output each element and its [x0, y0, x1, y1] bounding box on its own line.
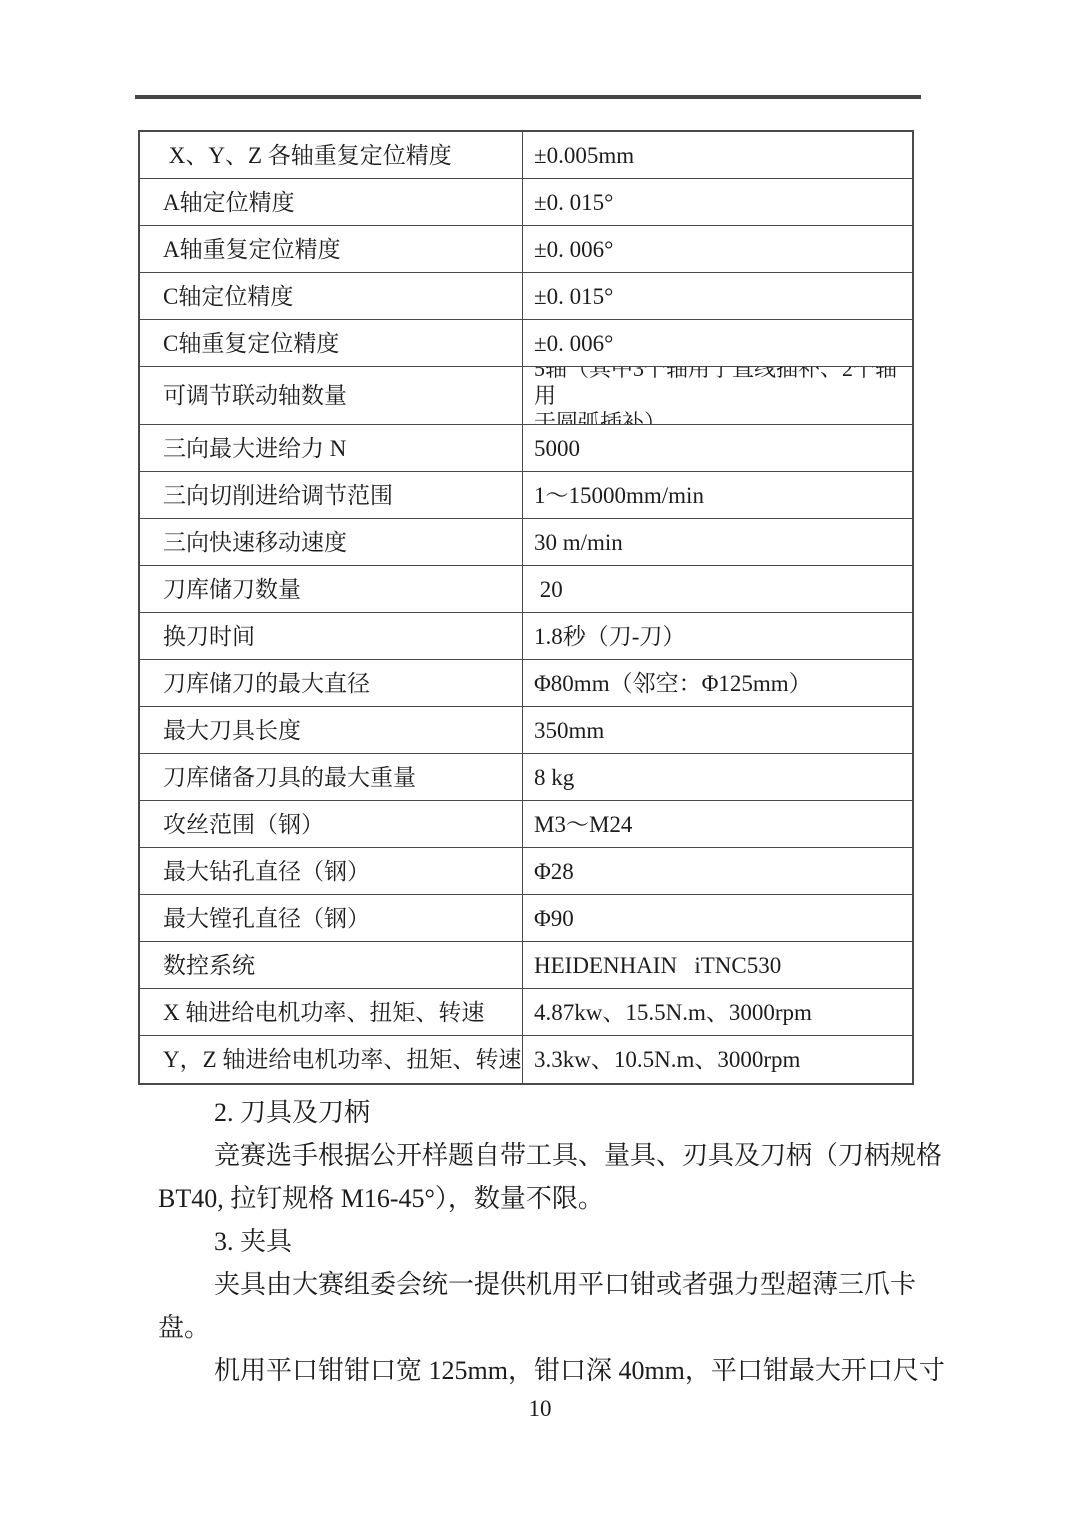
spec-value: 4.87kw、15.5N.m、3000rpm — [523, 989, 912, 1035]
spec-name: 三向快速移动速度 — [140, 519, 523, 565]
table-row: X 轴进给电机功率、扭矩、转速4.87kw、15.5N.m、3000rpm — [140, 989, 912, 1036]
spec-value: 30 m/min — [523, 519, 912, 565]
spec-name: 可调节联动轴数量 — [140, 367, 523, 424]
page-number: 10 — [0, 1396, 1080, 1422]
spec-value: 5000 — [523, 425, 912, 471]
spec-name: C轴定位精度 — [140, 273, 523, 319]
spec-value: ±0. 015° — [523, 179, 912, 225]
spec-value: HEIDENHAIN iTNC530 — [523, 942, 912, 988]
body-line: 盘。 — [158, 1306, 934, 1349]
spec-name: X 轴进给电机功率、扭矩、转速 — [140, 989, 523, 1035]
body-line: 竞赛选手根据公开样题自带工具、量具、刃具及刀柄（刀柄规格 — [158, 1134, 934, 1177]
spec-value: ±0. 015° — [523, 273, 912, 319]
spec-name: 攻丝范围（钢） — [140, 801, 523, 847]
table-row: 三向最大进给力 N5000 — [140, 425, 912, 472]
table-row: 最大刀具长度350mm — [140, 707, 912, 754]
spec-value: ±0.005mm — [523, 132, 912, 178]
spec-value: M3～M24 — [523, 801, 912, 847]
spec-name: Y，Z 轴进给电机功率、扭矩、转速 — [140, 1036, 523, 1083]
body-line: BT40, 拉钉规格 M16-45°），数量不限。 — [158, 1177, 934, 1220]
table-row: A轴定位精度±0. 015° — [140, 179, 912, 226]
spec-value: Φ28 — [523, 848, 912, 894]
table-row: C轴定位精度±0. 015° — [140, 273, 912, 320]
table-row: 刀库储刀的最大直径Φ80mm（邻空：Φ125mm） — [140, 660, 912, 707]
table-row: 最大镗孔直径（钢）Φ90 — [140, 895, 912, 942]
document-page: X、Y、Z 各轴重复定位精度±0.005mmA轴定位精度±0. 015°A轴重复… — [0, 0, 1080, 1526]
spec-name: 最大镗孔直径（钢） — [140, 895, 523, 941]
spec-name: 三向最大进给力 N — [140, 425, 523, 471]
table-row: 三向切削进给调节范围1～15000mm/min — [140, 472, 912, 519]
spec-value: Φ90 — [523, 895, 912, 941]
spec-name: 最大刀具长度 — [140, 707, 523, 753]
table-row: 数控系统HEIDENHAIN iTNC530 — [140, 942, 912, 989]
body-text: 2. 刀具及刀柄竞赛选手根据公开样题自带工具、量具、刃具及刀柄（刀柄规格BT40… — [158, 1091, 934, 1392]
table-row: 刀库储备刀具的最大重量8 kg — [140, 754, 912, 801]
spec-name: 数控系统 — [140, 942, 523, 988]
spec-name: A轴定位精度 — [140, 179, 523, 225]
spec-value: 350mm — [523, 707, 912, 753]
header-rule — [135, 95, 921, 99]
table-row: 三向快速移动速度30 m/min — [140, 519, 912, 566]
body-line: 夹具由大赛组委会统一提供机用平口钳或者强力型超薄三爪卡 — [158, 1263, 934, 1306]
spec-value: 1.8秒（刀-刀） — [523, 613, 912, 659]
spec-value: 20 — [523, 566, 912, 612]
table-row: Y，Z 轴进给电机功率、扭矩、转速3.3kw、10.5N.m、3000rpm — [140, 1036, 912, 1083]
table-row: X、Y、Z 各轴重复定位精度±0.005mm — [140, 132, 912, 179]
table-row: 攻丝范围（钢）M3～M24 — [140, 801, 912, 848]
table-row: 刀库储刀数量 20 — [140, 566, 912, 613]
table-row: 可调节联动轴数量5轴（其中3个轴用于直线插补、2个轴用 于圆弧插补） — [140, 367, 912, 425]
spec-name: X、Y、Z 各轴重复定位精度 — [140, 132, 523, 178]
table-row: 换刀时间1.8秒（刀-刀） — [140, 613, 912, 660]
spec-name: 刀库储备刀具的最大重量 — [140, 754, 523, 800]
spec-table: X、Y、Z 各轴重复定位精度±0.005mmA轴定位精度±0. 015°A轴重复… — [138, 130, 914, 1085]
spec-value: 8 kg — [523, 754, 912, 800]
spec-name: C轴重复定位精度 — [140, 320, 523, 366]
spec-name: 刀库储刀数量 — [140, 566, 523, 612]
body-line: 机用平口钳钳口宽 125mm，钳口深 40mm，平口钳最大开口尺寸 — [158, 1349, 934, 1392]
spec-value: Φ80mm（邻空：Φ125mm） — [523, 660, 912, 706]
spec-value: ±0. 006° — [523, 320, 912, 366]
table-row: 最大钻孔直径（钢）Φ28 — [140, 848, 912, 895]
body-line: 3. 夹具 — [158, 1220, 934, 1263]
spec-value: 1～15000mm/min — [523, 472, 912, 518]
spec-name: 最大钻孔直径（钢） — [140, 848, 523, 894]
spec-name: A轴重复定位精度 — [140, 226, 523, 272]
body-line: 2. 刀具及刀柄 — [158, 1091, 934, 1134]
spec-value: ±0. 006° — [523, 226, 912, 272]
spec-name: 换刀时间 — [140, 613, 523, 659]
table-row: A轴重复定位精度±0. 006° — [140, 226, 912, 273]
spec-name: 刀库储刀的最大直径 — [140, 660, 523, 706]
table-row: C轴重复定位精度±0. 006° — [140, 320, 912, 367]
spec-value: 5轴（其中3个轴用于直线插补、2个轴用 于圆弧插补） — [523, 367, 912, 424]
spec-value: 3.3kw、10.5N.m、3000rpm — [523, 1036, 912, 1083]
spec-name: 三向切削进给调节范围 — [140, 472, 523, 518]
